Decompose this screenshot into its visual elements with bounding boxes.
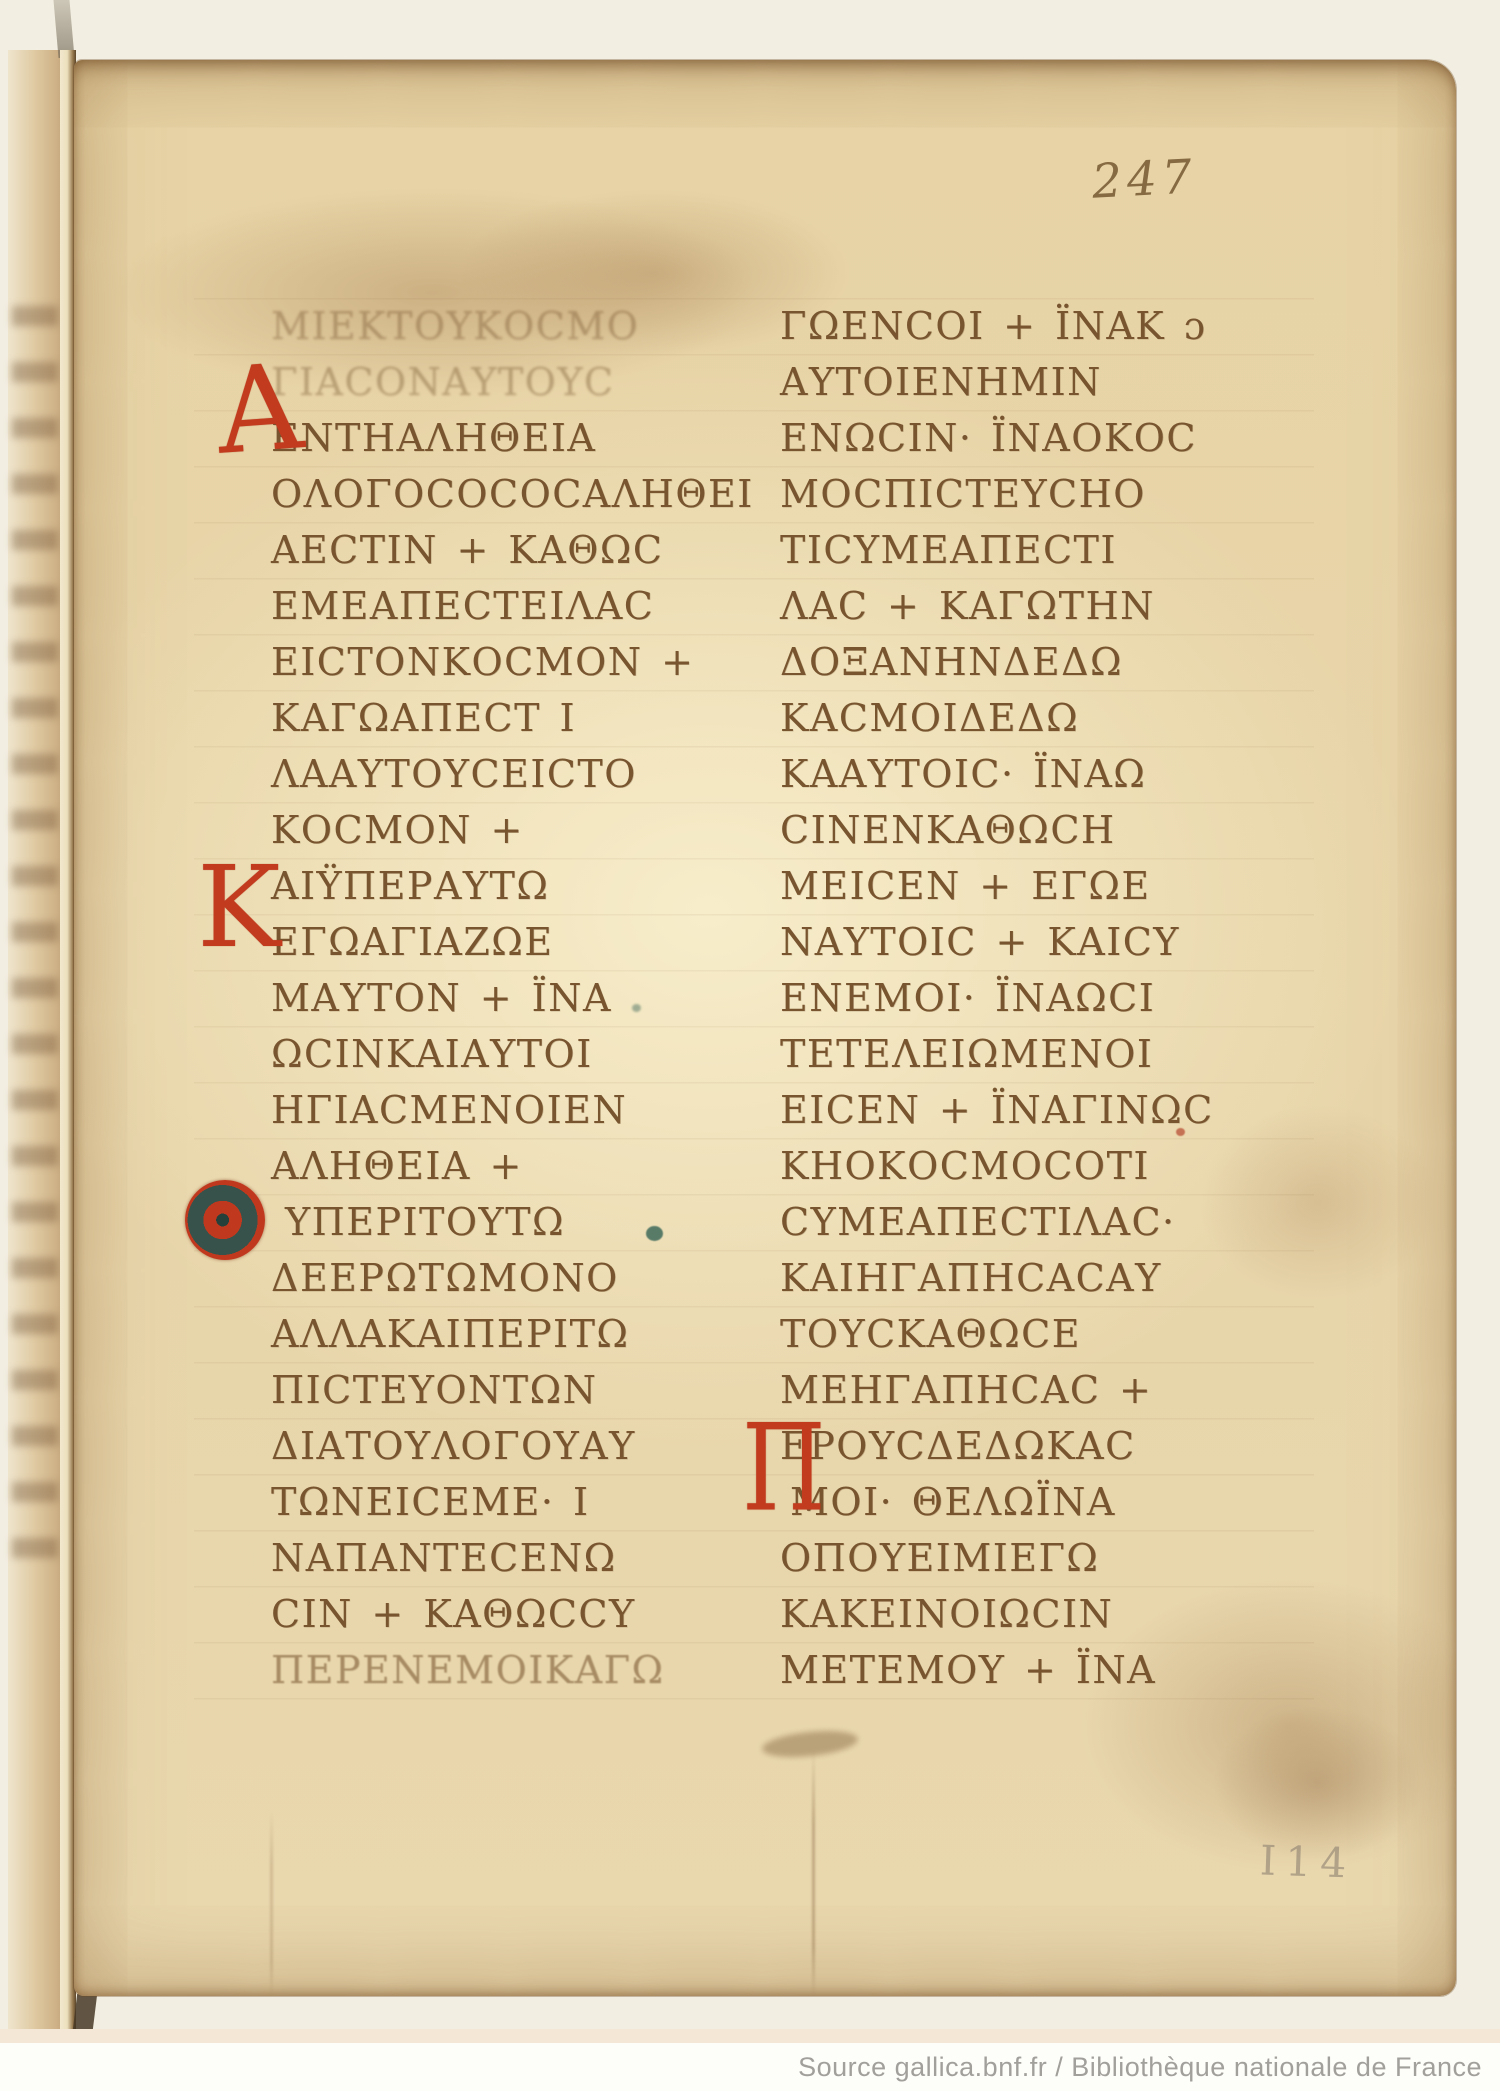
text-line: ΕΙϹΤΟΝΚΟϹΜΟΝ + [271, 634, 751, 690]
text-line: ΕΝΩϹΙΝ· ΪΝΑΟΚΟϹ [780, 410, 1260, 466]
bleed-through-text [12, 290, 58, 1570]
uncial-text: ΕΡΟΥϹΔΕΔΩΚΑϹ [780, 1418, 1136, 1474]
text-line: ΑΛΛΑΚΑΙΠΕΡΙΤΩ [271, 1306, 751, 1362]
text-line: ΜΑΥΤΟΝ + ΪΝΑ [271, 970, 751, 1026]
uncial-text: ΚΑϹΜΟΙΔΕΔΩ [780, 690, 1079, 746]
text-line: ΛΑϹ + ΚΑΓΩΤΗΝ [780, 578, 1260, 634]
uncial-text: ϹΥΜΕΑΠΕϹΤΙΛΑϹ· [780, 1194, 1176, 1250]
text-line: ΜΕΗΓΑΠΗϹΑϹ + [780, 1362, 1260, 1418]
uncial-text: ΟΛΟΓΟϹΟϹΟϹΑΛΗΘΕΙ [271, 466, 754, 522]
text-line: ΚΟϹΜΟΝ + [271, 802, 751, 858]
manuscript-page: 247 ΜΙΕΚΤΟΥΚΟϹΜΟΑΓΙΑϹΟΝΑΥΤΟΥϹΕΝΤΗΑΛΗΘΕΙΑ… [74, 60, 1456, 1996]
text-line: ΤΕΤΕΛΕΙΩΜΕΝΟΙ [780, 1026, 1260, 1082]
uncial-text: ΕΝΕΜΟΙ· ΪΝΑΩϹΙ [780, 970, 1155, 1026]
text-line: ΥΠΕΡΙΤΟΥΤΩ [271, 1194, 751, 1250]
text-line: ΤΟΥϹΚΑΘΩϹΕ [780, 1306, 1260, 1362]
uncial-text: ϹΙΝΕΝΚΑΘΩϹΗ [780, 802, 1116, 858]
facing-page-edge [8, 50, 64, 2042]
uncial-text: ΑΥΤΟΙΕΝΗΜΙΝ [780, 354, 1102, 410]
uncial-text: ΚΗΟΚΟϹΜΟϹΟΤΙ [780, 1138, 1150, 1194]
uncial-text: ΜΕΤΕΜΟΥ + ΪΝΑ [780, 1642, 1156, 1698]
uncial-text: ΝΑΠΑΝΤΕϹΕΝΩ [271, 1530, 617, 1586]
uncial-text: ΓΩΕΝϹΟΙ + ΪΝΑΚ ɔ [780, 298, 1207, 354]
text-line: ΚΑΑΥΤΟΙϹ· ΪΝΑΩ [780, 746, 1260, 802]
uncial-text: ΑΛΗΘΕΙΑ + [271, 1138, 523, 1194]
rubric-initial: Κ [197, 852, 282, 964]
uncial-text: ΩϹΙΝΚΑΙΑΥΤΟΙ [271, 1026, 593, 1082]
text-line: ΕΝΕΜΟΙ· ΪΝΑΩϹΙ [780, 970, 1260, 1026]
text-line: ΤΙϹΥΜΕΑΠΕϹΤΙ [780, 522, 1260, 578]
text-line: ΑΓΙΑϹΟΝΑΥΤΟΥϹ [271, 354, 751, 410]
uncial-text: ΤΟΥϹΚΑΘΩϹΕ [780, 1306, 1081, 1362]
text-line: ΜΙΕΚΤΟΥΚΟϹΜΟ [271, 298, 751, 354]
uncial-text: ΜΕΗΓΑΠΗϹΑϹ + [780, 1362, 1152, 1418]
text-line: ΠΕΡΟΥϹΔΕΔΩΚΑϹ [780, 1418, 1260, 1474]
text-line: ϹΙΝΕΝΚΑΘΩϹΗ [780, 802, 1260, 858]
text-line: ΑΛΗΘΕΙΑ + [271, 1138, 751, 1194]
uncial-text: ΠΕΡΕΝΕΜΟΙΚΑΓΩ [271, 1642, 664, 1698]
text-line: ΜΟΙ· ΘΕΛΩΪΝΑ [780, 1474, 1260, 1530]
uncial-text: ΕΜΕΑΠΕϹΤΕΙΛΑϹ [271, 578, 654, 634]
uncial-text: ΟΠΟΥΕΙΜΙΕΓΩ [780, 1530, 1099, 1586]
green-stain-icon [646, 1226, 663, 1241]
uncial-text: ΤΕΤΕΛΕΙΩΜΕΝΟΙ [780, 1026, 1153, 1082]
uncial-text: ΑΛΛΑΚΑΙΠΕΡΙΤΩ [271, 1306, 629, 1362]
manuscript-scan: 247 ΜΙΕΚΤΟΥΚΟϹΜΟΑΓΙΑϹΟΝΑΥΤΟΥϹΕΝΤΗΑΛΗΘΕΙΑ… [0, 0, 1500, 2091]
uncial-text: ΛΑϹ + ΚΑΓΩΤΗΝ [780, 578, 1155, 634]
uncial-text: ΚΑΚΕΙΝΟΙΩϹΙΝ [780, 1586, 1113, 1642]
text-line: ΑΥΤΟΙΕΝΗΜΙΝ [780, 354, 1260, 410]
text-line: ΚΑϹΜΟΙΔΕΔΩ [780, 690, 1260, 746]
text-line: ΚΑΙΗΓΑΠΗϹΑϹΑΥ [780, 1250, 1260, 1306]
uncial-text: ΜΟϹΠΙϹΤΕΥϹΗΟ [780, 466, 1146, 522]
text-line: ΕΝΤΗΑΛΗΘΕΙΑ [271, 410, 751, 466]
uncial-text: ΜΙΕΚΤΟΥΚΟϹΜΟ [271, 298, 639, 354]
uncial-text: ΑΕϹΤΙΝ + ΚΑΘΩϹ [271, 522, 663, 578]
uncial-text: ΗΓΙΑϹΜΕΝΟΙΕΝ [271, 1082, 627, 1138]
text-line: ΝΑΠΑΝΤΕϹΕΝΩ [271, 1530, 751, 1586]
text-line: ΤΩΝΕΙϹΕΜΕ· Ι [271, 1474, 751, 1530]
text-line: ΟΛΟΓΟϹΟϹΟϹΑΛΗΘΕΙ [271, 466, 751, 522]
text-line: ΜΟϹΠΙϹΤΕΥϹΗΟ [780, 466, 1260, 522]
rubric-initial: Π [742, 1408, 827, 1528]
text-line: ΓΩΕΝϹΟΙ + ΪΝΑΚ ɔ [780, 298, 1260, 354]
text-line: ϹΙΝ + ΚΑΘΩϹϹΥ [271, 1586, 751, 1642]
uncial-text: ΔΙΑΤΟΥΛΟΓΟΥΑΥ [271, 1418, 636, 1474]
uncial-text: ϹΙΝ + ΚΑΘΩϹϹΥ [271, 1586, 636, 1642]
footer-shadow-strip [0, 2029, 1500, 2043]
text-line: ϹΥΜΕΑΠΕϹΤΙΛΑϹ· [780, 1194, 1260, 1250]
text-line: ΚΑΓΩΑΠΕϹΤ Ι [271, 690, 751, 746]
uncial-text: ΚΑΓΩΑΠΕϹΤ Ι [271, 690, 576, 746]
footer-bar: Source gallica.bnf.fr / Bibliothèque nat… [0, 2043, 1500, 2091]
text-line: ΝΑΥΤΟΙϹ + ΚΑΙϹΥ [780, 914, 1260, 970]
rubric-initial: Α [213, 347, 308, 471]
text-line: ΕΜΕΑΠΕϹΤΕΙΛΑϹ [271, 578, 751, 634]
concentric-rings-icon [185, 1180, 265, 1260]
text-line: ΔΕΕΡΩΤΩΜΟΝΟ [271, 1250, 751, 1306]
text-line: ΑΕϹΤΙΝ + ΚΑΘΩϹ [271, 522, 751, 578]
uncial-text: ΥΠΕΡΙΤΟΥΤΩ [285, 1194, 565, 1250]
text-line: ΠΙϹΤΕΥΟΝΤΩΝ [271, 1362, 751, 1418]
parchment-crease [270, 1810, 273, 1996]
uncial-text: ΤΩΝΕΙϹΕΜΕ· Ι [271, 1474, 589, 1530]
green-stain-icon [632, 1004, 641, 1012]
uncial-text: ΤΙϹΥΜΕΑΠΕϹΤΙ [780, 522, 1117, 578]
uncial-text: ΠΙϹΤΕΥΟΝΤΩΝ [271, 1362, 597, 1418]
red-stain-icon [1176, 1128, 1185, 1136]
source-credit: Source gallica.bnf.fr / Bibliothèque nat… [798, 2052, 1482, 2083]
parchment-crease [812, 1750, 815, 1996]
text-line: ΟΠΟΥΕΙΜΙΕΓΩ [780, 1530, 1260, 1586]
uncial-text: ΕΙϹΕΝ + ΪΝΑΓΙΝΩϹ [780, 1082, 1214, 1138]
folio-number: 247 [1091, 149, 1198, 209]
text-line: ΚΑΙΫΠΕΡΑΥΤΩ [271, 858, 751, 914]
uncial-text: ΛΑΑΥΤΟΥϹΕΙϹΤΟ [271, 746, 637, 802]
uncial-text: ΔΟΞΑΝΗΝΔΕΔΩ [780, 634, 1123, 690]
uncial-text: ΑΙΫΠΕΡΑΥΤΩ [271, 858, 549, 914]
uncial-text: ΓΙΑϹΟΝΑΥΤΟΥϹ [271, 354, 615, 410]
quire-signature: I14 [1259, 1836, 1356, 1887]
text-line: ΜΕΤΕΜΟΥ + ΪΝΑ [780, 1642, 1260, 1698]
uncial-text: ΚΟϹΜΟΝ + [271, 802, 524, 858]
text-line: ΜΕΙϹΕΝ + ΕΓΩΕ [780, 858, 1260, 914]
text-line: ΕΙϹΕΝ + ΪΝΑΓΙΝΩϹ [780, 1082, 1260, 1138]
text-line: ΠΕΡΕΝΕΜΟΙΚΑΓΩ [271, 1642, 751, 1698]
uncial-text: ΕΝΤΗΑΛΗΘΕΙΑ [271, 410, 596, 466]
text-line: ΗΓΙΑϹΜΕΝΟΙΕΝ [271, 1082, 751, 1138]
ink-smudge [761, 1727, 859, 1761]
uncial-text: ΜΟΙ· ΘΕΛΩΪΝΑ [790, 1474, 1116, 1530]
text-line: ΩϹΙΝΚΑΙΑΥΤΟΙ [271, 1026, 751, 1082]
uncial-text: ΜΑΥΤΟΝ + ΪΝΑ [271, 970, 612, 1026]
uncial-text: ΝΑΥΤΟΙϹ + ΚΑΙϹΥ [780, 914, 1180, 970]
text-column-left: ΜΙΕΚΤΟΥΚΟϹΜΟΑΓΙΑϹΟΝΑΥΤΟΥϹΕΝΤΗΑΛΗΘΕΙΑΟΛΟΓ… [271, 298, 751, 1698]
text-line: ΛΑΑΥΤΟΥϹΕΙϹΤΟ [271, 746, 751, 802]
uncial-text: ΕΓΩΑΓΙΑΖΩΕ [271, 914, 554, 970]
uncial-text: ΚΑΑΥΤΟΙϹ· ΪΝΑΩ [780, 746, 1146, 802]
text-column-right: ΓΩΕΝϹΟΙ + ΪΝΑΚ ɔΑΥΤΟΙΕΝΗΜΙΝΕΝΩϹΙΝ· ΪΝΑΟΚ… [780, 298, 1260, 1698]
text-line: ΕΓΩΑΓΙΑΖΩΕ [271, 914, 751, 970]
text-line: ΔΟΞΑΝΗΝΔΕΔΩ [780, 634, 1260, 690]
uncial-text: ΜΕΙϹΕΝ + ΕΓΩΕ [780, 858, 1151, 914]
text-line: ΚΑΚΕΙΝΟΙΩϹΙΝ [780, 1586, 1260, 1642]
uncial-text: ΕΝΩϹΙΝ· ΪΝΑΟΚΟϹ [780, 410, 1197, 466]
text-line: ΚΗΟΚΟϹΜΟϹΟΤΙ [780, 1138, 1260, 1194]
text-line: ΔΙΑΤΟΥΛΟΓΟΥΑΥ [271, 1418, 751, 1474]
uncial-text: ΚΑΙΗΓΑΠΗϹΑϹΑΥ [780, 1250, 1162, 1306]
uncial-text: ΔΕΕΡΩΤΩΜΟΝΟ [271, 1250, 619, 1306]
uncial-text: ΕΙϹΤΟΝΚΟϹΜΟΝ + [271, 634, 694, 690]
